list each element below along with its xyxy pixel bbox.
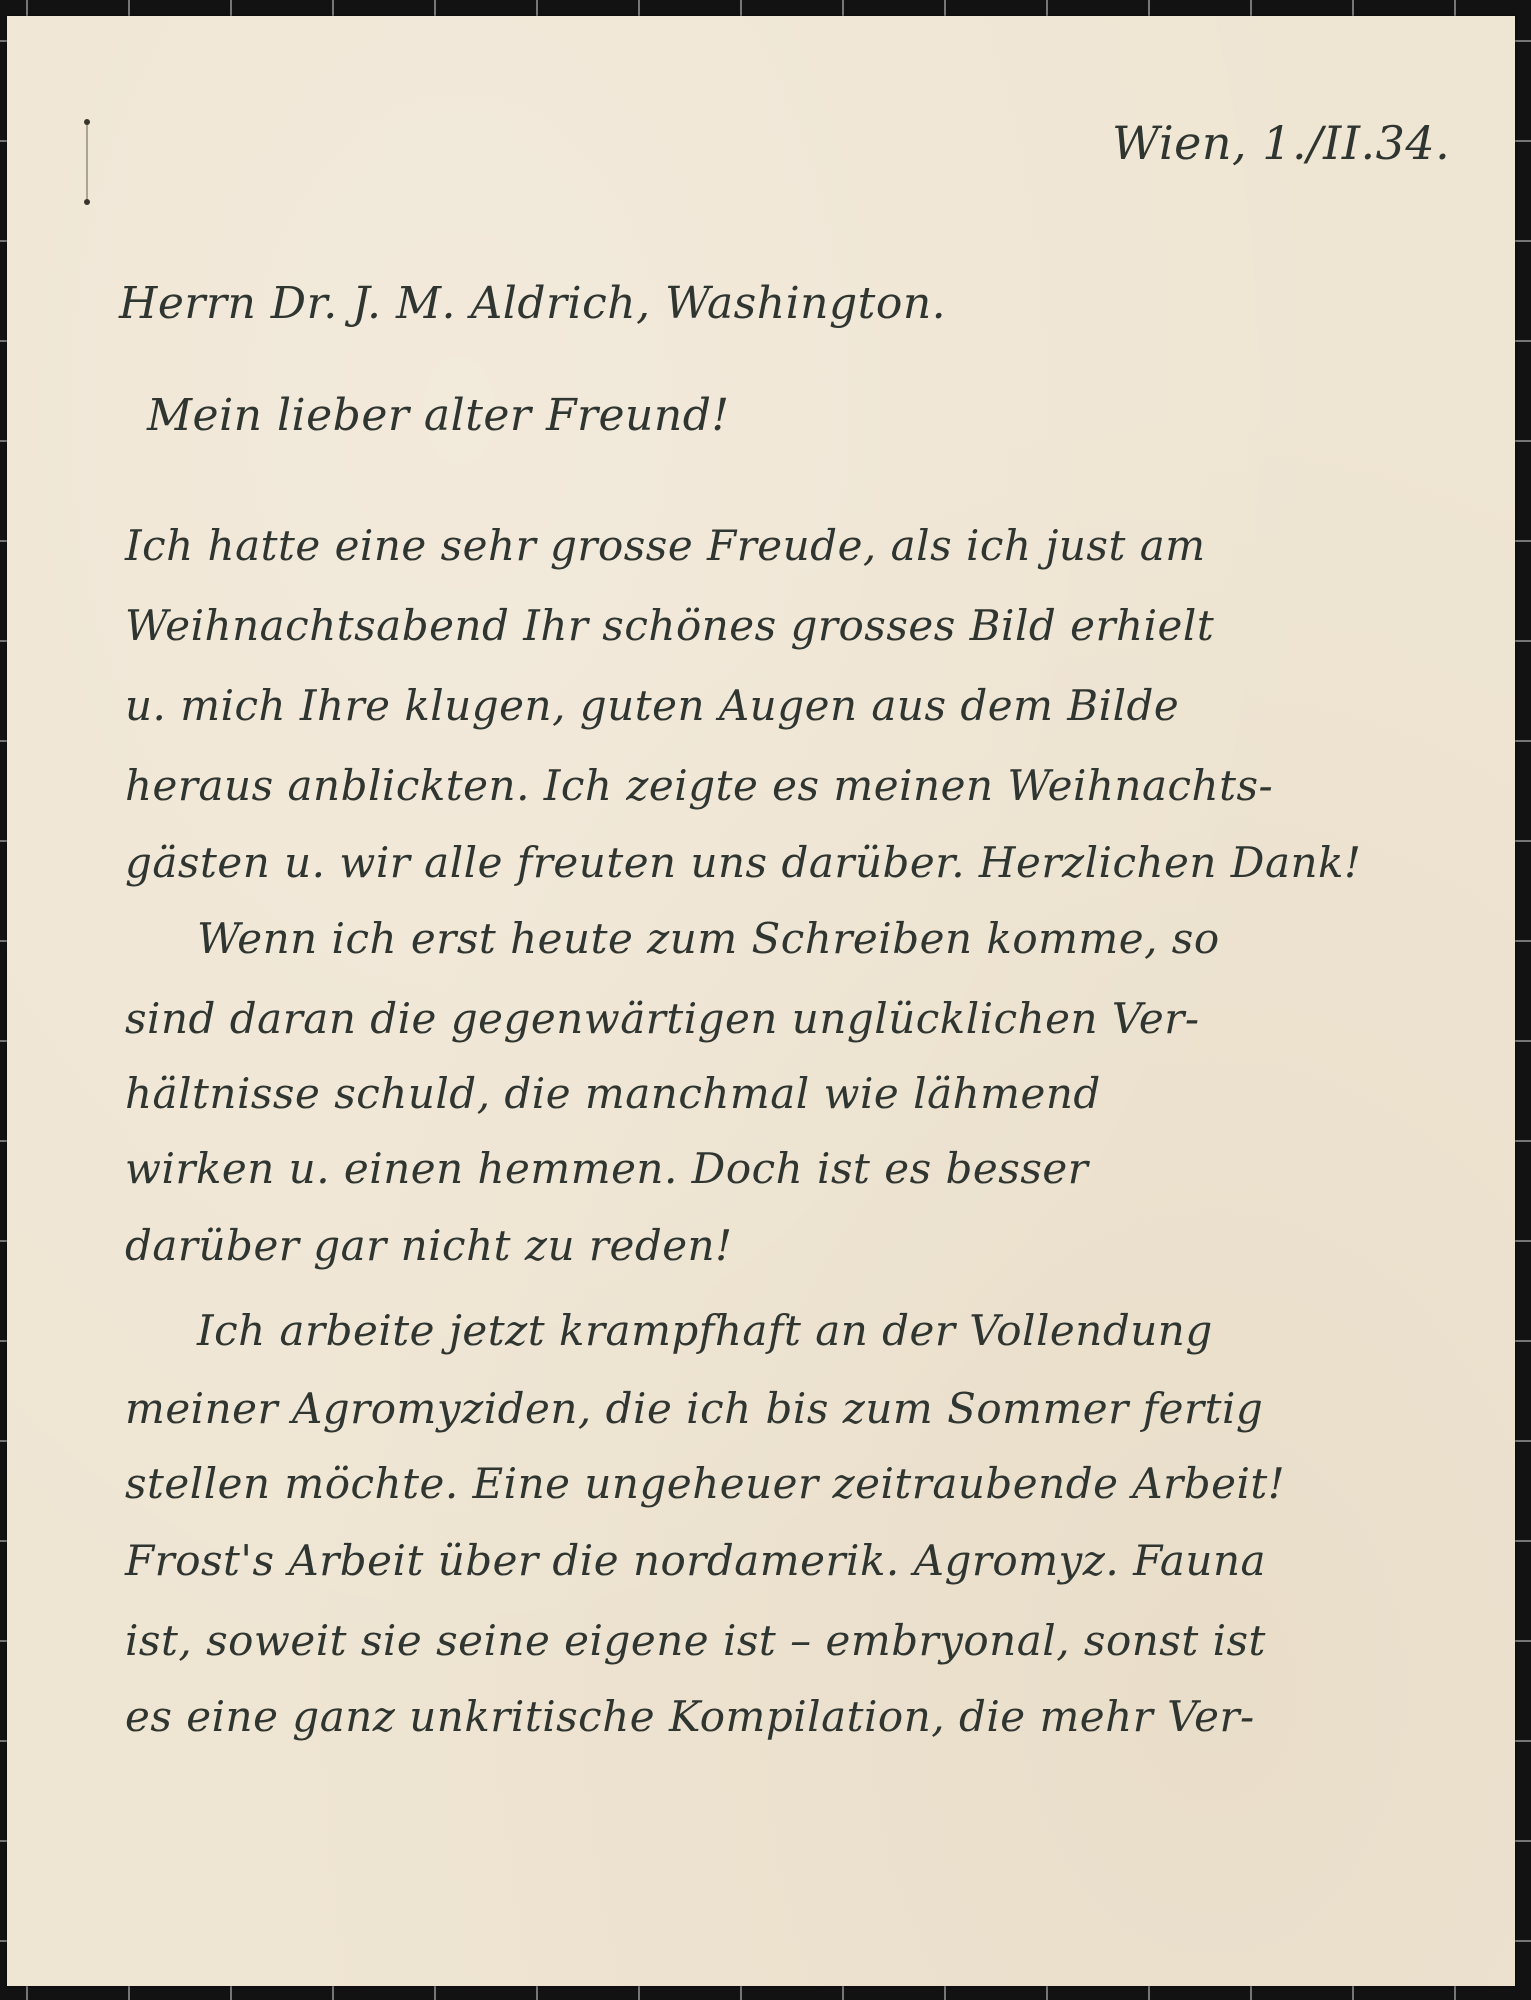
body-line: u. mich Ihre klugen, guten Augen aus dem… <box>125 681 1179 730</box>
body-line: Ich hatte eine sehr grosse Freude, als i… <box>125 521 1206 570</box>
body-line: wirken u. einen hemmen. Doch ist es bess… <box>125 1144 1088 1193</box>
body-line: ist, soweit sie seine eigene ist – embry… <box>125 1616 1266 1665</box>
body-line: stellen möchte. Eine ungeheuer zeitraube… <box>125 1459 1285 1508</box>
body-line: Frost's Arbeit über die nordamerik. Agro… <box>125 1536 1266 1585</box>
body-line: Ich arbeite jetzt krampfhaft an der Voll… <box>197 1306 1213 1355</box>
body-line: gästen u. wir alle freuten uns darüber. … <box>125 838 1361 887</box>
body-line: heraus anblickten. Ich zeigte es meinen … <box>125 761 1273 810</box>
addressee-line: Herrn Dr. J. M. Aldrich, Washington. <box>119 278 946 329</box>
body-line: darüber gar nicht zu reden! <box>125 1221 733 1270</box>
body-line: sind daran die gegenwärtigen unglücklich… <box>125 994 1200 1043</box>
body-line: Weihnachtsabend Ihr schönes grosses Bild… <box>125 601 1214 650</box>
letter-page: Wien, 1./II.34. Herrn Dr. J. M. Aldrich,… <box>7 16 1515 1986</box>
binding-hole-mark <box>86 122 92 202</box>
date-line: Wien, 1./II.34. <box>1112 116 1450 170</box>
body-line: hältnisse schuld, die manchmal wie lähme… <box>125 1069 1101 1118</box>
body-line: meiner Agromyziden, die ich bis zum Somm… <box>125 1384 1263 1433</box>
body-line: es eine ganz unkritische Kompilation, di… <box>125 1692 1255 1741</box>
salutation: Mein lieber alter Freund! <box>147 390 730 441</box>
body-line: Wenn ich erst heute zum Schreiben komme,… <box>197 914 1220 963</box>
